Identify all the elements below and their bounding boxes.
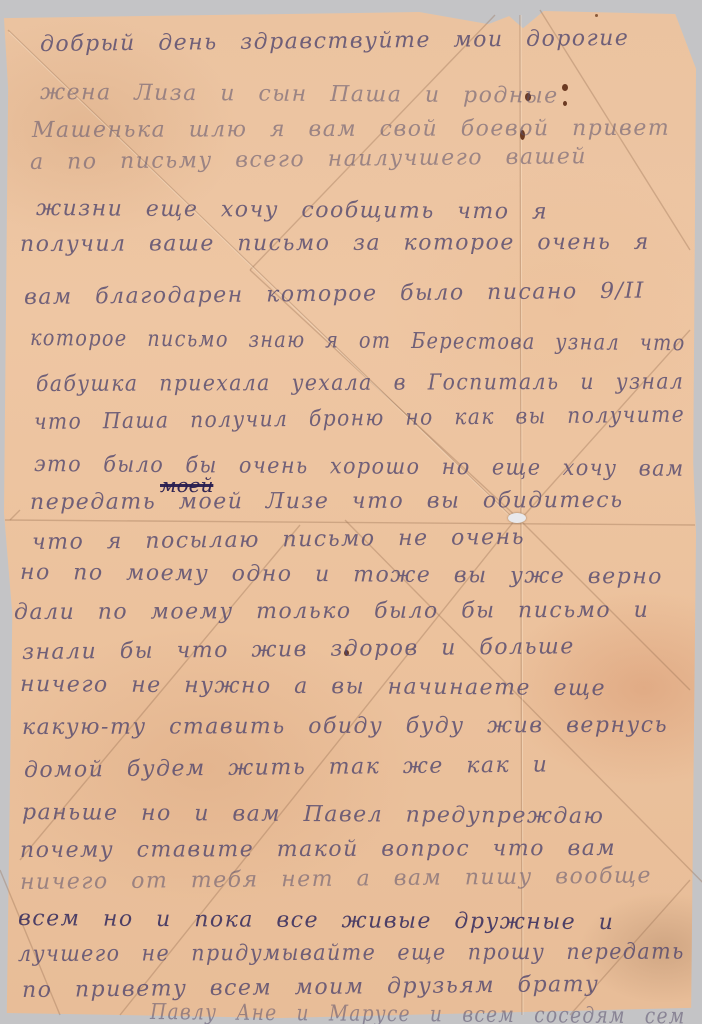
- letter-line: бабушка приехала уехала в Госпиталь и уз…: [36, 370, 684, 397]
- letter-line: Машенька шлю я вам свой боевой привет: [32, 116, 670, 143]
- letter-line: ничего не нужно а вы начинаете еще: [20, 672, 606, 701]
- letter-line: всем но и пока все живые дружные и: [18, 906, 615, 935]
- ink-spot: [595, 14, 598, 17]
- letter-line: но по моему одно и тоже вы уже верно: [20, 560, 663, 589]
- letter-line: какую-ту ставить обиду буду жив вернусь: [22, 713, 668, 740]
- letter-line: которое письмо знаю я от Берестова узнал…: [30, 326, 686, 356]
- letter-line: лучшего не придумывайте еще прошу переда…: [18, 940, 685, 967]
- letter-line: это было бы очень хорошо но еще хочу вам: [34, 452, 685, 482]
- letter-line: что я посылаю письмо не очень: [32, 525, 525, 555]
- letter-line: Павлу Ане и Марусе и всем соседям сем: [150, 1000, 686, 1024]
- letter-line: получил ваше письмо за которое очень я: [20, 230, 650, 257]
- letter-line: жизни еще хочу сообщить что я: [36, 196, 548, 225]
- ink-spot: [562, 84, 568, 91]
- crossed-out-word: моей: [160, 473, 232, 489]
- letter-line: жена Лиза и сын Паша и родные: [40, 80, 559, 109]
- letter-line: раньше но и вам Павел предупреждаю: [22, 800, 605, 829]
- paper-hole: [508, 513, 526, 523]
- ink-spot: [563, 101, 567, 106]
- letter-line: почему ставите такой вопрос что вам: [20, 836, 616, 863]
- letter-line: передать моей Лизе что вы обидитесь: [30, 488, 624, 515]
- letter-line: дали по моему только было бы письмо и: [14, 598, 649, 625]
